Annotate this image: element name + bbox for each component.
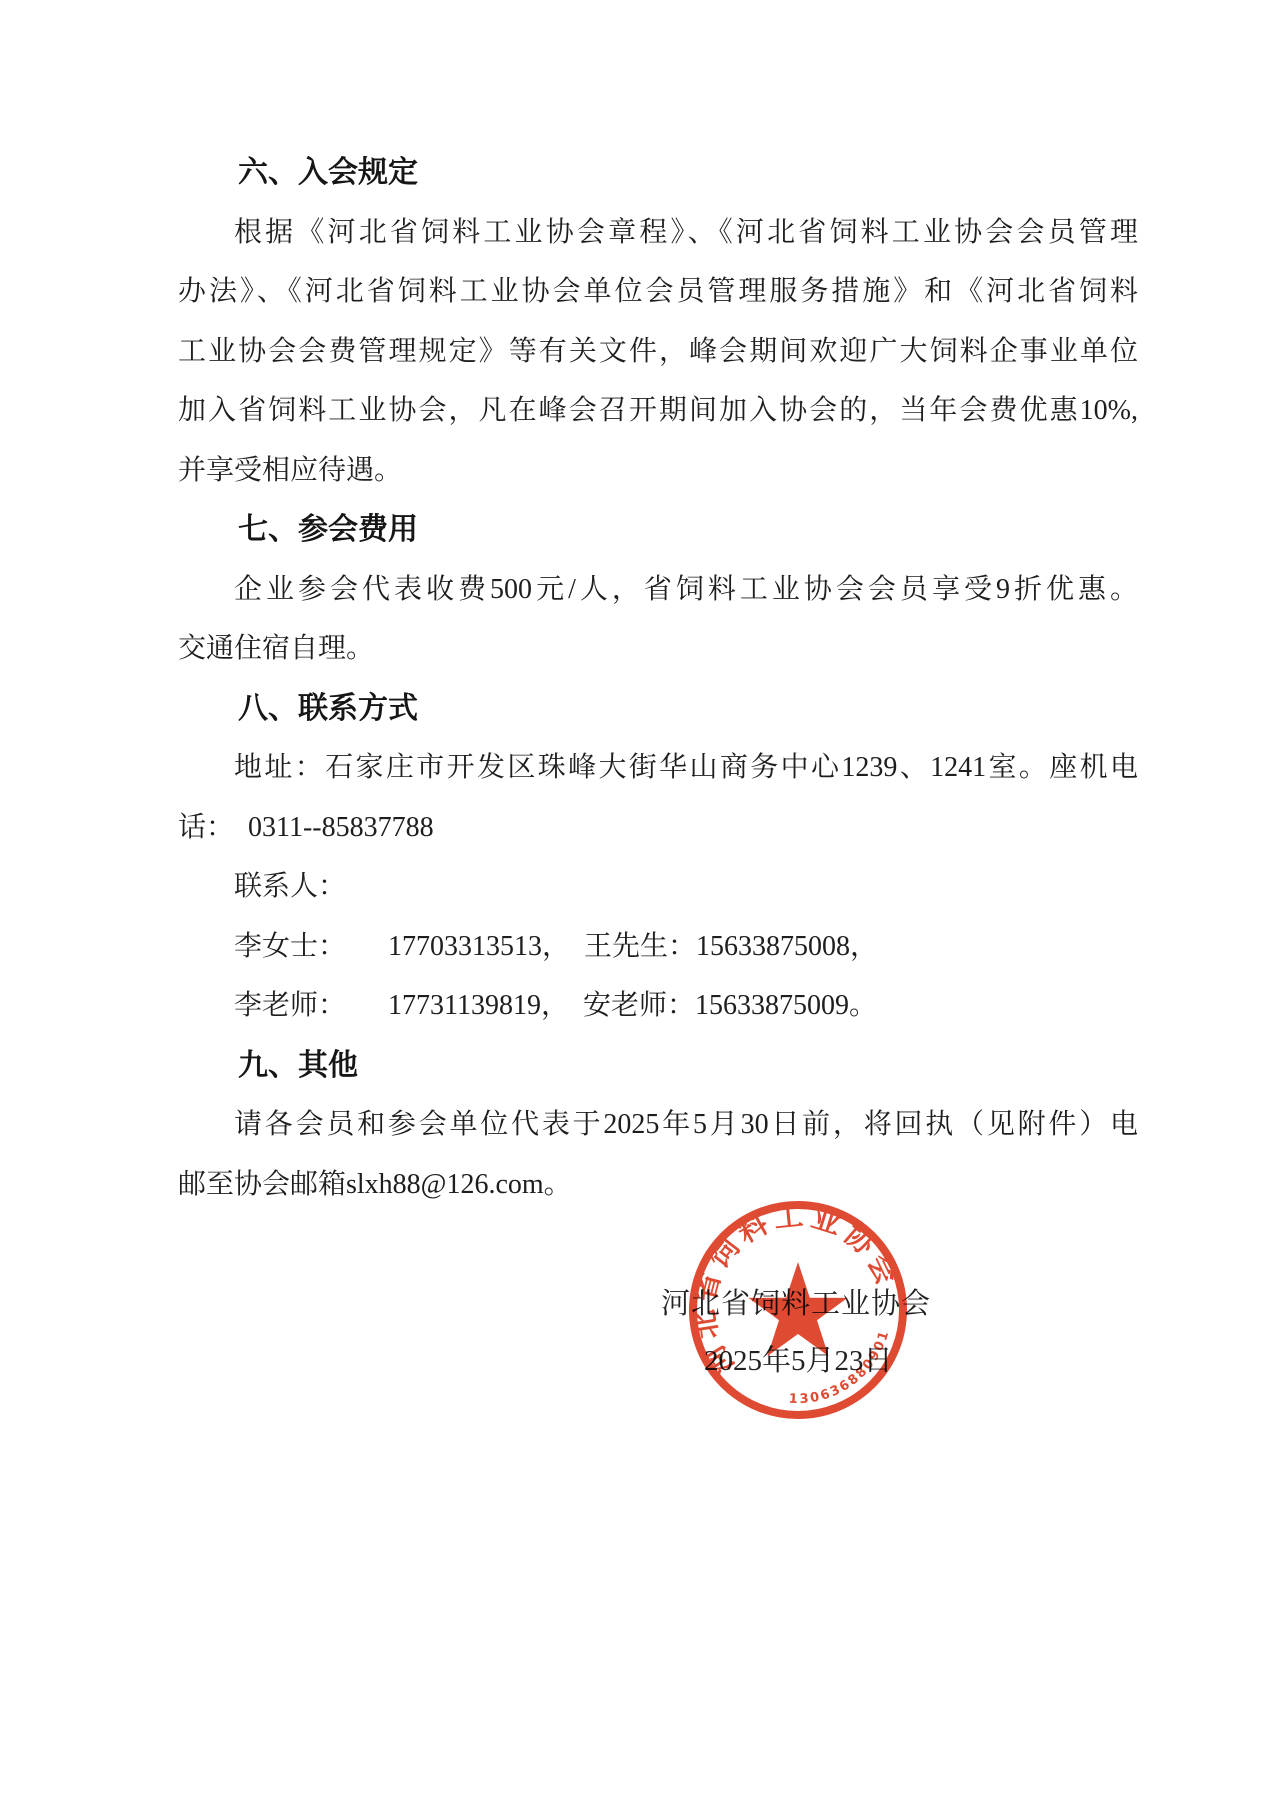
text-line: 李女士： 17703313513， 王先生：15633875008， (178, 917, 1138, 977)
official-seal: 河北省饲料工业协会 130636880901 (678, 1190, 918, 1430)
text-line: 请各会员和参会单位代表于2025年5月30日前，将回执（见附件）电 (178, 1095, 1138, 1155)
text-line: 联系人： (178, 857, 1138, 917)
text-line: 并享受相应待遇。 (178, 441, 1138, 501)
seal-number: 130636880901 (788, 1330, 892, 1407)
section-heading: 七、参会费用 (178, 500, 1138, 560)
text-line: 地址：石家庄市开发区珠峰大街华山商务中心1239、1241室。座机电 (178, 738, 1138, 798)
seal-star-icon (749, 1262, 848, 1356)
text-line: 加入省饲料工业协会，凡在峰会召开期间加入协会的，当年会费优惠10%, (178, 381, 1138, 441)
text-line: 交通住宿自理。 (178, 619, 1138, 679)
section-heading: 九、其他 (178, 1036, 1138, 1096)
text-line: 话： 0311--85837788 (178, 798, 1138, 858)
text-line: 邮至协会邮箱slxh88@126.com。 (178, 1155, 1138, 1215)
document-body: 六、入会规定根据《河北省饲料工业协会章程》、《河北省饲料工业协会会员管理办法》、… (178, 143, 1138, 1214)
section-heading: 六、入会规定 (178, 143, 1138, 203)
document-page: 六、入会规定根据《河北省饲料工业协会章程》、《河北省饲料工业协会会员管理办法》、… (0, 0, 1280, 1807)
svg-text:130636880901: 130636880901 (788, 1330, 892, 1407)
text-line: 李老师： 17731139819， 安老师：15633875009。 (178, 976, 1138, 1036)
text-line: 办法》、《河北省饲料工业协会单位会员管理服务措施》和《河北省饲料 (178, 262, 1138, 322)
section-heading: 八、联系方式 (178, 679, 1138, 739)
text-line: 根据《河北省饲料工业协会章程》、《河北省饲料工业协会会员管理 (178, 203, 1138, 263)
text-line: 企业参会代表收费500元/人，省饲料工业协会会员享受9折优惠。 (178, 560, 1138, 620)
text-line: 工业协会会费管理规定》等有关文件，峰会期间欢迎广大饲料企事业单位 (178, 322, 1138, 382)
